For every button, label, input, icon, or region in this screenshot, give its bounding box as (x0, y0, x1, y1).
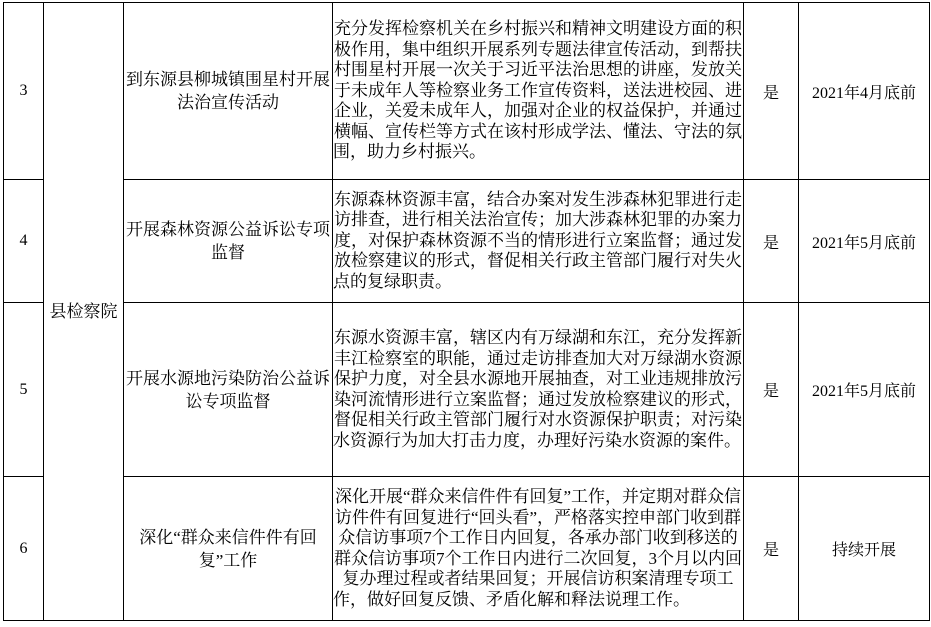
deadline-cell: 持续开展 (799, 477, 930, 621)
confirm-cell: 是 (744, 180, 799, 303)
unit-cell: 县检察院 (44, 3, 124, 621)
task-description-cell: 深化开展“群众来信件件有回复”工作，并定期对群众信访件件有回复进行“回头看”，严… (333, 477, 744, 621)
task-description-cell: 东源水资源丰富，辖区内有万绿湖和东江，充分发挥新丰江检察室的职能，通过走访排查加… (333, 303, 744, 477)
deadline-cell: 2021年5月底前 (799, 180, 930, 303)
confirm-cell: 是 (744, 3, 799, 180)
deadline-cell: 2021年5月底前 (799, 303, 930, 477)
row-number: 5 (4, 303, 44, 477)
row-number: 4 (4, 180, 44, 303)
row-number: 3 (4, 3, 44, 180)
document-page: 3 县检察院 到东源县柳城镇围星村开展法治宣传活动 充分发挥检察机关在乡村振兴和… (0, 0, 931, 627)
task-name-cell: 开展森林资源公益诉讼专项监督 (124, 180, 333, 303)
row-number: 6 (4, 477, 44, 621)
table-row: 6 深化“群众来信件件有回复”工作 深化开展“群众来信件件有回复”工作，并定期对… (4, 477, 930, 621)
task-name-cell: 开展水源地污染防治公益诉讼专项监督 (124, 303, 333, 477)
task-name-cell: 到东源县柳城镇围星村开展法治宣传活动 (124, 3, 333, 180)
confirm-cell: 是 (744, 303, 799, 477)
task-description-cell: 充分发挥检察机关在乡村振兴和精神文明建设方面的积极作用，集中组织开展系列专题法律… (333, 3, 744, 180)
confirm-cell: 是 (744, 477, 799, 621)
table-row: 4 开展森林资源公益诉讼专项监督 东源森林资源丰富，结合办案对发生涉森林犯罪进行… (4, 180, 930, 303)
task-description-cell: 东源森林资源丰富，结合办案对发生涉森林犯罪进行走访排查，进行相关法治宣传；加大涉… (333, 180, 744, 303)
work-plan-table: 3 县检察院 到东源县柳城镇围星村开展法治宣传活动 充分发挥检察机关在乡村振兴和… (3, 2, 930, 621)
table-row: 5 开展水源地污染防治公益诉讼专项监督 东源水资源丰富，辖区内有万绿湖和东江，充… (4, 303, 930, 477)
deadline-cell: 2021年4月底前 (799, 3, 930, 180)
table-row: 3 县检察院 到东源县柳城镇围星村开展法治宣传活动 充分发挥检察机关在乡村振兴和… (4, 3, 930, 180)
task-name-cell: 深化“群众来信件件有回复”工作 (124, 477, 333, 621)
